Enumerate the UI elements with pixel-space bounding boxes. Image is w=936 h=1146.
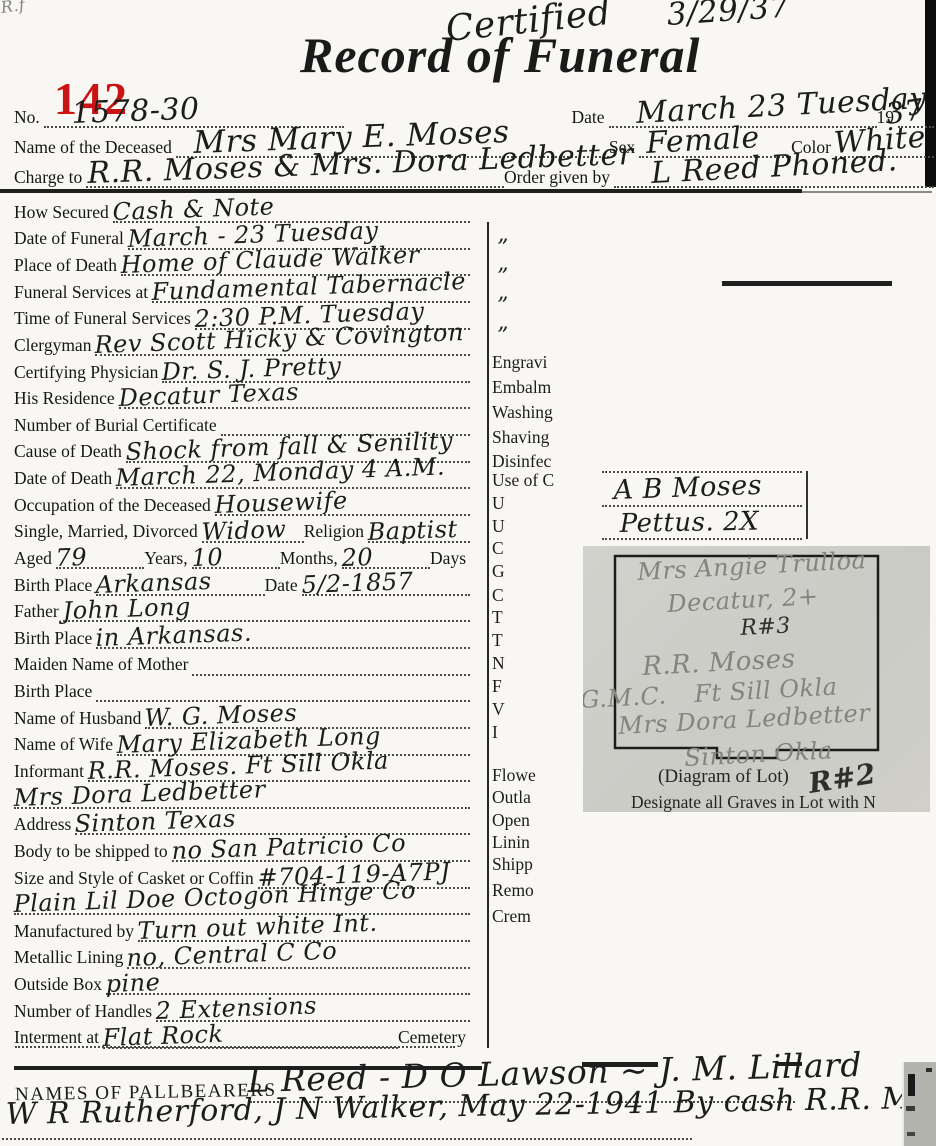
lot-diagram-note: Mrs Angie TrulloaDecatur, 2+R#3R.R. Mose… <box>583 546 930 812</box>
field-fill-line: Decatur Texas <box>119 382 470 409</box>
charge-item-cutoff: Embalm <box>492 377 551 398</box>
charge-item-cutoff: N <box>492 653 505 674</box>
form-row: Name of HusbandW. G. Moses <box>14 702 470 729</box>
form-row: ClergymanRev Scott Hicky & Covington <box>14 329 470 356</box>
charge-item-cutoff: Washing <box>492 402 553 423</box>
field-label: His Residence <box>14 389 119 409</box>
field-label: Religion <box>304 522 368 542</box>
field-fill-line: R.R. Moses. Ft Sill Okla <box>88 755 470 782</box>
form-row: Interment atFlat RockCemetery <box>14 1022 470 1049</box>
side-note-moses: A B Moses Pettus. 2X <box>598 463 810 547</box>
ditto-mark: ” <box>497 236 508 261</box>
form-row: Maiden Name of Mother <box>14 649 470 676</box>
field-fill-line: 10 <box>192 542 280 569</box>
handwritten-value: Cash & Note <box>112 194 275 224</box>
field-fill-line: 79 <box>56 542 144 569</box>
field-fill-line: Plain Lil Doe Octogon Hinge Co <box>14 888 470 915</box>
form-row: Single, Married, DivorcedWidowReligionBa… <box>14 516 470 543</box>
handwritten-value: no, Central C Co <box>127 938 338 969</box>
field-fill-line: R.R. Moses & Mrs. Dora Ledbetter <box>86 155 504 188</box>
form-row: Birth PlaceArkansasDate5/2-1857 <box>14 569 470 596</box>
field-fill-line: Widow <box>202 516 304 543</box>
field-label: Single, Married, Divorced <box>14 522 202 542</box>
column-fold-rule <box>487 222 489 1048</box>
edge-mark <box>906 1106 915 1111</box>
charge-item-cutoff: I <box>492 722 498 743</box>
lot-entry: G.M.C. <box>583 684 667 712</box>
lot-instruction: Designate all Graves in Lot with N <box>631 792 876 812</box>
handwritten-value: Arkansas <box>95 569 212 597</box>
footer-dotline <box>2 1138 692 1140</box>
field-fill-line: Dr. S. J. Pretty <box>162 356 470 383</box>
page-title: Record of Funeral <box>300 26 700 84</box>
form-row: Plain Lil Doe Octogon Hinge Co <box>14 888 470 915</box>
charge-item-cutoff: Disinfec <box>492 451 551 472</box>
field-label: Manufactured by <box>14 922 138 942</box>
charge-item-cutoff: G <box>492 561 505 582</box>
handwritten-value: no San Patricio Co <box>171 831 406 863</box>
field-label: Days <box>430 549 470 569</box>
side-note-place: Pettus. 2X <box>620 509 760 537</box>
handwritten-value: pine <box>105 970 161 996</box>
form-row: Metallic Liningno, Central C Co <box>14 942 470 969</box>
field-label: How Secured <box>14 203 113 223</box>
scan-edge-gray-strip <box>902 1062 936 1146</box>
edge-mark <box>908 1074 915 1096</box>
handwritten-value: 1578-30 <box>71 95 200 129</box>
lot-diagram-caption: (Diagram of Lot) <box>658 766 789 788</box>
handwritten-value: 5/2-1857 <box>301 569 414 597</box>
charge-item-cutoff: Remo <box>492 880 534 901</box>
form-row: Birth Place <box>14 675 470 702</box>
field-label: Metallic Lining <box>14 948 127 968</box>
field-fill-line: 2 Extensions <box>156 995 470 1022</box>
field-label: Father <box>14 602 63 622</box>
field-label: Aged <box>14 549 56 569</box>
charge-item-cutoff: Outla <box>492 787 531 808</box>
field-label: Date of Funeral <box>14 229 128 249</box>
field-fill-line: March 22, Monday 4 A.M. <box>116 462 470 489</box>
side-note-name: A B Moses <box>613 472 762 504</box>
field-fill-line: 20 <box>342 542 430 569</box>
footer-dotline <box>15 1046 455 1048</box>
field-fill-line: L Reed Phoned. <box>614 155 934 188</box>
form-row: Aged79Years,10Months,20Days <box>14 542 470 569</box>
charge-item-cutoff: Shipp <box>492 854 533 875</box>
form-row: Date of DeathMarch 22, Monday 4 A.M. <box>14 462 470 489</box>
field-label: Informant <box>14 762 88 782</box>
charge-item-cutoff: T <box>492 630 503 651</box>
field-fill-line: 5/2-1857 <box>302 569 470 596</box>
charge-item-cutoff: Linin <box>492 832 530 853</box>
charge-item-cutoff: U <box>492 516 505 537</box>
field-fill-line: Rev Scott Hicky & Covington <box>95 329 470 356</box>
field-label: Name of Husband <box>14 709 145 729</box>
handwritten-value: Turn out white Int. <box>137 911 378 943</box>
field-fill-line: pine <box>106 968 470 995</box>
field-fill-line <box>192 649 470 676</box>
field-label: Birth Place <box>14 629 96 649</box>
section-divider-rule <box>0 189 802 193</box>
handwritten-value: Sinton Texas <box>75 807 237 837</box>
field-label: Time of Funeral Services <box>14 309 195 329</box>
corner-pencil-scribble: R.f <box>0 0 26 16</box>
field-label: Address <box>14 815 75 835</box>
field-label: Number of Handles <box>14 1002 156 1022</box>
edge-mark <box>907 1132 915 1136</box>
field-label: Birth Place <box>14 576 96 596</box>
field-label: Maiden Name of Mother <box>14 655 192 675</box>
ditto-mark: ” <box>497 324 508 349</box>
field-fill-line: Baptist <box>368 516 470 543</box>
form-row: Occupation of the DeceasedHousewife <box>14 489 470 516</box>
handwritten-value: Widow <box>201 517 287 544</box>
charge-item-cutoff: C <box>492 538 504 559</box>
handwritten-value: Decatur Texas <box>118 380 299 410</box>
handwritten-value: 20 <box>341 545 373 570</box>
lot-entry: R#3 <box>740 615 792 640</box>
form-row: Birth Placein Arkansas. <box>14 622 470 649</box>
field-fill-line: Mrs Dora Ledbetter <box>14 782 470 809</box>
edge-mark <box>926 1068 932 1072</box>
field-fill-line: Flat Rock <box>103 1022 398 1049</box>
field-label: Charge to <box>14 168 86 188</box>
handwritten-value: 79 <box>55 545 87 570</box>
charge-item-cutoff: F <box>492 676 502 697</box>
form-row: His ResidenceDecatur Texas <box>14 382 470 409</box>
charge-item-cutoff: Shaving <box>492 427 549 448</box>
charge-item-cutoff: V <box>492 699 505 720</box>
charge-item-cutoff: Crem <box>492 906 531 927</box>
charge-item-cutoff: Use of C <box>492 470 554 491</box>
charge-item-cutoff: Flowe <box>492 765 536 786</box>
field-label: Date of Death <box>14 469 116 489</box>
field-label: Certifying Physician <box>14 363 162 383</box>
field-label: Birth Place <box>14 682 96 702</box>
handwritten-value: in Arkansas. <box>95 621 252 650</box>
charge-item-cutoff: T <box>492 607 503 628</box>
ditto-mark: ” <box>497 265 508 290</box>
form-row: Mrs Dora Ledbetter <box>14 782 470 809</box>
field-label: Months, <box>280 549 342 569</box>
handwritten-value: 2 Extensions <box>155 993 317 1023</box>
field-label: Occupation of the Deceased <box>14 496 215 516</box>
field-fill-line: no, Central C Co <box>127 942 470 969</box>
form-row: Number of Handles2 Extensions <box>14 995 470 1022</box>
handwritten-value: Baptist <box>367 516 458 543</box>
charge-item-cutoff: U <box>492 493 505 514</box>
field-label: Number of Burial Certificate <box>14 416 221 436</box>
charge-item-cutoff: Engravi <box>492 352 547 373</box>
field-label: Cause of Death <box>14 442 126 462</box>
lot-entry: Decatur, 2+ <box>667 584 819 616</box>
field-label: Body to be shipped to <box>14 842 172 862</box>
field-fill-line: John Long <box>63 595 470 622</box>
form-row: Manufactured byTurn out white Int. <box>14 915 470 942</box>
title-underline-bar <box>722 281 892 286</box>
form-row: How SecuredCash & Note <box>14 196 470 223</box>
field-label: Place of Death <box>14 256 121 276</box>
field-fill-line: Housewife <box>215 489 470 516</box>
handwritten-value: John Long <box>62 595 191 623</box>
field-label: Outside Box <box>14 975 106 995</box>
handwritten-value: Housewife <box>214 488 348 517</box>
form-row: Outside Boxpine <box>14 968 470 995</box>
field-fill-line: Sinton Texas <box>75 808 470 835</box>
field-label: Clergyman <box>14 336 95 356</box>
funeral-record-scan: { "page": { "scan_number": "142", "corne… <box>0 0 936 1146</box>
note-right-rule <box>806 471 808 539</box>
charge-item-cutoff: C <box>492 585 504 606</box>
field-label: Date <box>265 576 302 596</box>
field-label: Years, <box>144 549 191 569</box>
section-divider-rule-faint <box>802 191 932 193</box>
field-fill-line: in Arkansas. <box>96 622 470 649</box>
field-fill-line: Arkansas <box>96 569 264 596</box>
field-label: Funeral Services at <box>14 283 152 303</box>
header-row: Charge toR.R. Moses & Mrs. Dora Ledbette… <box>14 155 934 188</box>
charge-item-cutoff: Open <box>492 810 530 831</box>
field-label: Name of Wife <box>14 735 117 755</box>
ditto-mark: ” <box>497 294 508 319</box>
